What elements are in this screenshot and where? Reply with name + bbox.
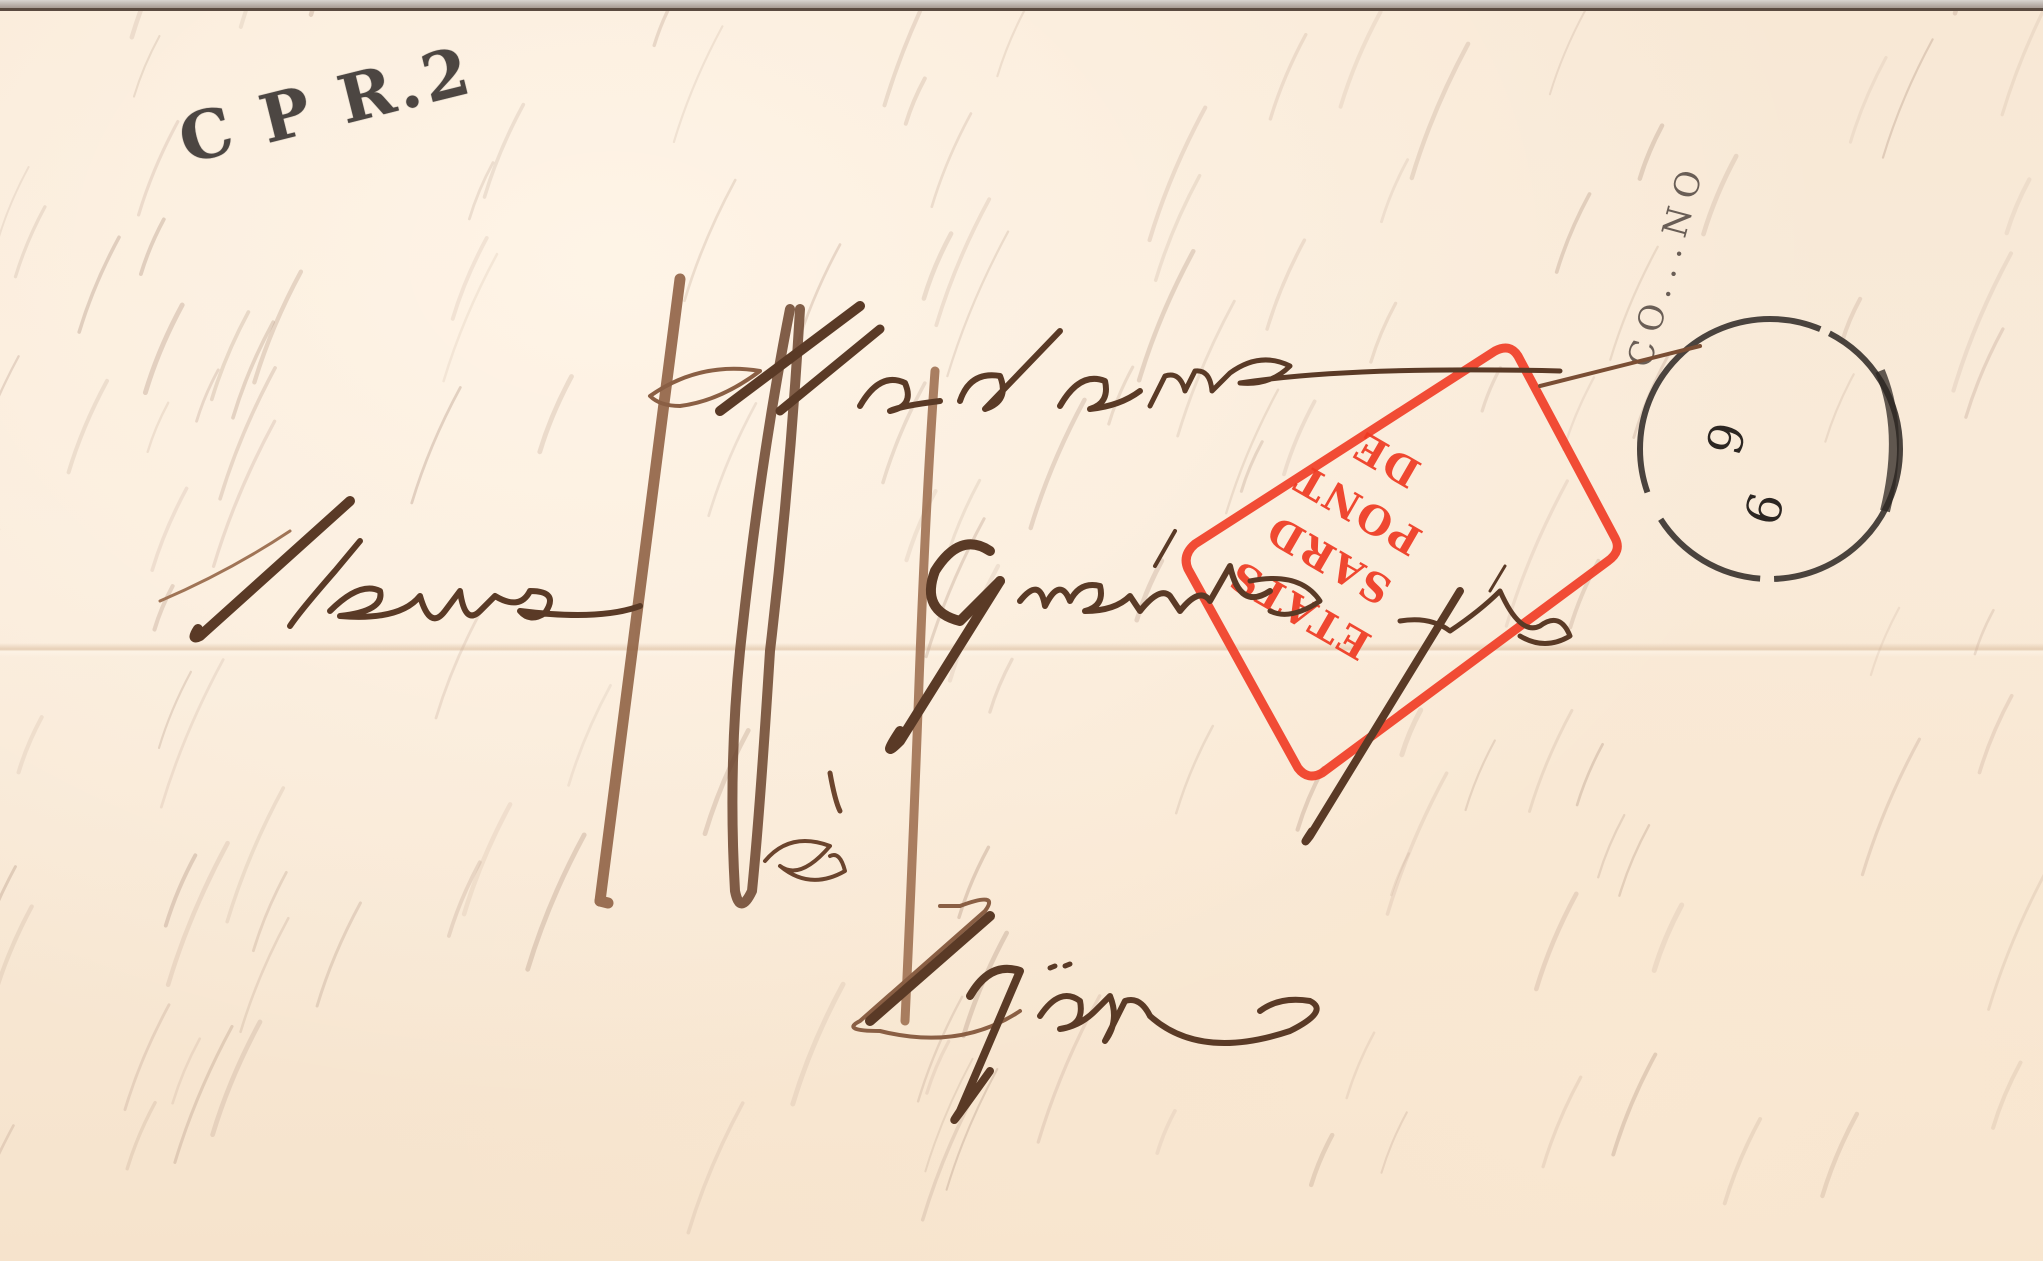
manuscript-rate-11 [600, 279, 935, 1021]
manuscript-rate-value: 11 [650, 511, 651, 512]
address-line-4: Lyon [900, 971, 902, 972]
address-line-2: Veuve Guérin & fils [200, 571, 210, 572]
top-edge-shadow [0, 0, 2043, 8]
handwriting-veuve-guerin-fils [160, 501, 1570, 841]
address-line-1: Madame [700, 331, 704, 332]
postal-cover: C P R.2 CO...NO 9 6 ETATS SARD PONT DE [0, 8, 2043, 1258]
handwriting-lyon [853, 900, 1316, 1120]
handwriting-a [765, 773, 845, 880]
manuscript-writing [0, 11, 2043, 1258]
address-line-3: à [780, 841, 781, 842]
